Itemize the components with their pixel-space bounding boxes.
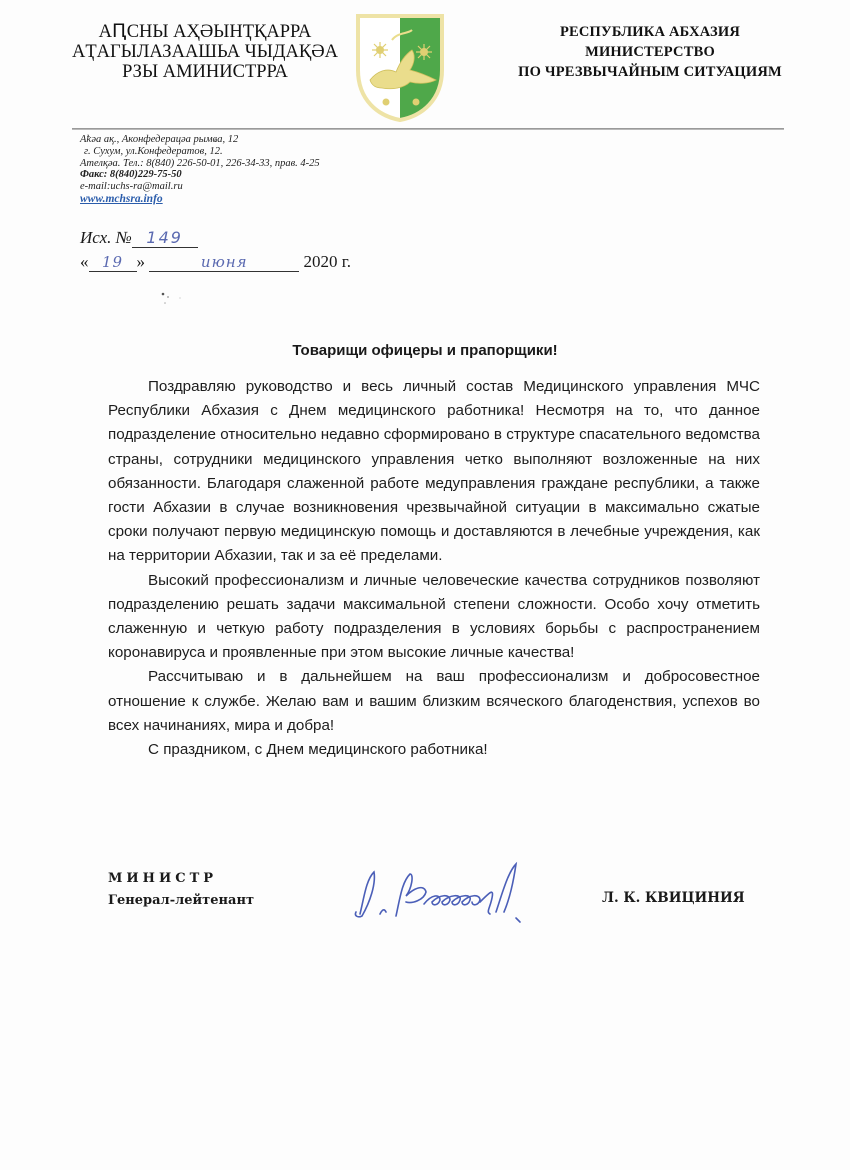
handwritten-signature-icon: [340, 858, 580, 928]
scan-specks: [158, 290, 188, 310]
letter-body: Поздравляю руководство и весь личный сос…: [108, 375, 760, 762]
header-russian-line: ПО ЧРЕЗВЫЧАЙНЫМ СИТУАЦИЯМ: [490, 62, 810, 82]
header-russian-line: МИНИСТЕРСТВО: [490, 42, 810, 62]
header-abkhaz-line: АԤСНЫ АҲӘЫНҬҚАРРА: [70, 22, 340, 42]
letter-paragraph: Рассчитываю и в дальнейшем на ваш профес…: [108, 665, 760, 738]
signatory-title: МИНИСТР Генерал-лейтенант: [108, 868, 254, 912]
abkhazia-coat-of-arms-icon: [352, 10, 448, 124]
header-abkhaz-line: РЗЫ АМИНИСТРРА: [70, 62, 340, 82]
letter-paragraph: С праздником, с Днем медицинского работн…: [108, 738, 760, 762]
header-russian-title: РЕСПУБЛИКА АБХАЗИЯ МИНИСТЕРСТВО ПО ЧРЕЗВ…: [490, 22, 810, 82]
outgoing-number-value: 149: [132, 229, 198, 248]
address-abkhaz: Аҟәа ақ., Аконфедерацәа рымҩа, 12: [80, 134, 400, 146]
signatory-name: Л. К. КВИЦИНИЯ: [602, 890, 745, 906]
salutation-heading: Товарищи офицеры и прапорщики!: [0, 342, 850, 359]
date-quote-open: «: [80, 252, 89, 271]
letter-paragraph: Поздравляю руководство и весь личный сос…: [108, 375, 760, 569]
date-month-value: июня: [149, 253, 299, 272]
outgoing-number-label: Исх. №: [80, 228, 132, 247]
letter-date: «19» июня 2020 г.: [80, 252, 351, 272]
header-russian-line: РЕСПУБЛИКА АБХАЗИЯ: [490, 22, 810, 42]
header-abkhaz-line: АҬАГЫЛАЗААШЬА ЧЫДАҚӘА: [70, 42, 340, 62]
letter-paragraph: Высокий профессионализм и личные человеч…: [108, 569, 760, 666]
signatory-rank: Генерал-лейтенант: [108, 890, 254, 912]
date-quote-close: »: [137, 252, 146, 271]
address-russian: г. Сухум, ул.Конфедератов, 12.: [80, 146, 400, 158]
fax-number: Факс: 8(840)229-75-50: [80, 169, 400, 181]
date-day-value: 19: [89, 253, 137, 272]
outgoing-number: Исх. №149: [80, 228, 198, 248]
website-link[interactable]: www.mchsra.info: [80, 194, 400, 206]
header-abkhaz-title: АԤСНЫ АҲӘЫНҬҚАРРА АҬАГЫЛАЗААШЬА ЧЫДАҚӘА …: [70, 22, 340, 82]
header-divider: [72, 128, 784, 130]
date-year: 2020 г.: [304, 252, 352, 271]
contact-block: Аҟәа ақ., Аконфедерацәа рымҩа, 12 г. Сух…: [80, 134, 400, 206]
phone-numbers: Ателқәа. Тел.: 8(840) 226-50-01, 226-34-…: [80, 158, 400, 170]
email-address[interactable]: e-mail:uchs-ra@mail.ru: [80, 181, 400, 193]
signatory-position: МИНИСТР: [108, 868, 254, 890]
